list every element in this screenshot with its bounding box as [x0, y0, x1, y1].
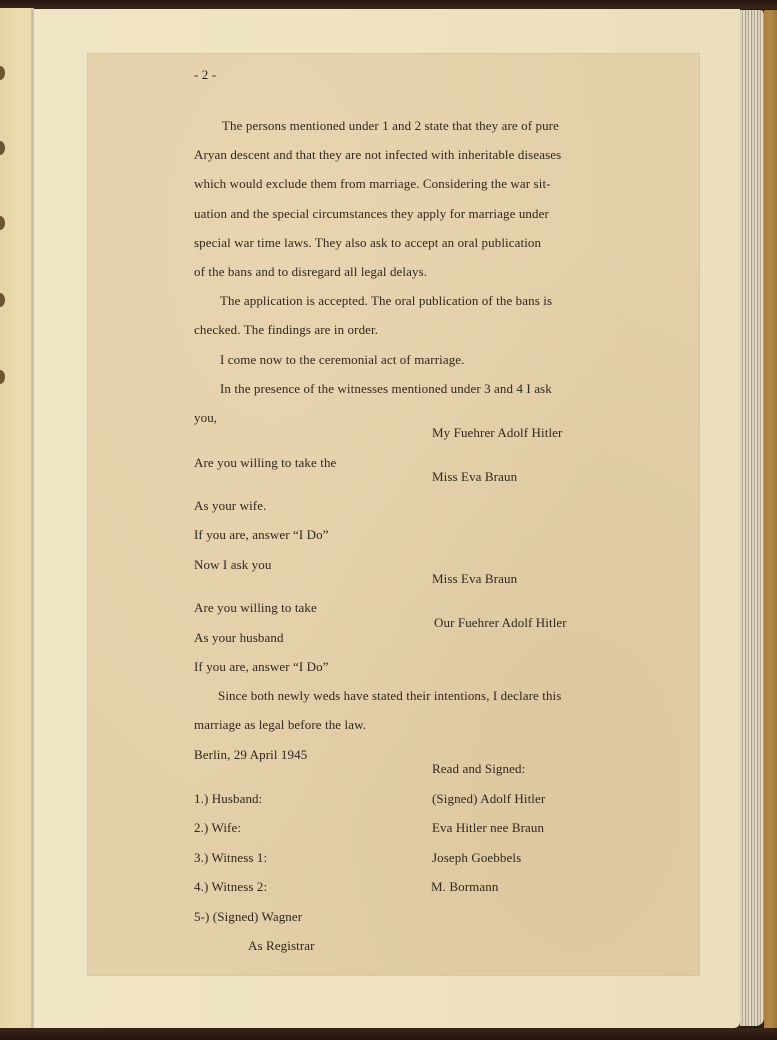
signatory-label: 1.) Husband: [194, 791, 262, 807]
page-number: - 2 - [194, 67, 216, 83]
album-frame-top [0, 0, 777, 9]
binder-hole [0, 141, 5, 155]
binder-hole [0, 370, 5, 384]
text-line: In the presence of the witnesses mention… [220, 381, 552, 397]
text-line: I come now to the ceremonial act of marr… [220, 352, 465, 368]
spouse-name: Miss Eva Braun [432, 469, 517, 485]
signatory-name: Eva Hitler nee Braun [432, 820, 544, 836]
text-line: special war time laws. They also ask to … [194, 235, 541, 251]
text-line: of the bans and to disregard all legal d… [194, 264, 427, 280]
signatures-heading: Read and Signed: [432, 761, 525, 777]
text-line: Now I ask you [194, 557, 272, 573]
left-page-edge [0, 8, 32, 1030]
signatory-label: 2.) Wife: [194, 820, 241, 836]
signatory-name: M. Bormann [431, 879, 498, 895]
addressee: My Fuehrer Adolf Hitler [432, 425, 562, 441]
text-line: uation and the special circumstances the… [194, 206, 549, 222]
text-line: marriage as legal before the law. [194, 717, 366, 733]
text-line: As your wife. [194, 498, 266, 514]
place-date: Berlin, 29 April 1945 [194, 747, 307, 763]
binder-hole [0, 216, 5, 230]
text-line: If you are, answer “I Do” [194, 527, 329, 543]
text-line: If you are, answer “I Do” [194, 659, 329, 675]
signatory-name: (Signed) Adolf Hitler [432, 791, 545, 807]
binder-hole [0, 293, 5, 307]
signatory-name: Joseph Goebbels [432, 850, 521, 866]
text-line: you, [194, 410, 217, 426]
text-line: which would exclude them from marriage. … [194, 176, 551, 192]
album-cover-edge [764, 10, 777, 1028]
text-line: The persons mentioned under 1 and 2 stat… [222, 118, 559, 134]
page-stack-edge [740, 10, 764, 1026]
signatory-label: 4.) Witness 2: [194, 879, 267, 895]
text-line: checked. The findings are in order. [194, 322, 378, 338]
typed-document-sheet: - 2 - The persons mentioned under 1 and … [88, 54, 699, 975]
registrar-title: As Registrar [248, 938, 315, 954]
text-line: Are you willing to take [194, 600, 317, 616]
text-line: Aryan descent and that they are not infe… [194, 147, 561, 163]
addressee: Miss Eva Braun [432, 571, 517, 587]
spouse-name: Our Fuehrer Adolf Hitler [434, 615, 567, 631]
text-line: Since both newly weds have stated their … [218, 688, 561, 704]
text-line: Are you willing to take the [194, 455, 336, 471]
album-frame-bottom [0, 1028, 777, 1040]
registrar-label: 5-) (Signed) Wagner [194, 909, 302, 925]
binder-hole [0, 66, 5, 80]
signatory-label: 3.) Witness 1: [194, 850, 267, 866]
text-line: As your husband [194, 630, 284, 646]
text-line: The application is accepted. The oral pu… [220, 293, 552, 309]
